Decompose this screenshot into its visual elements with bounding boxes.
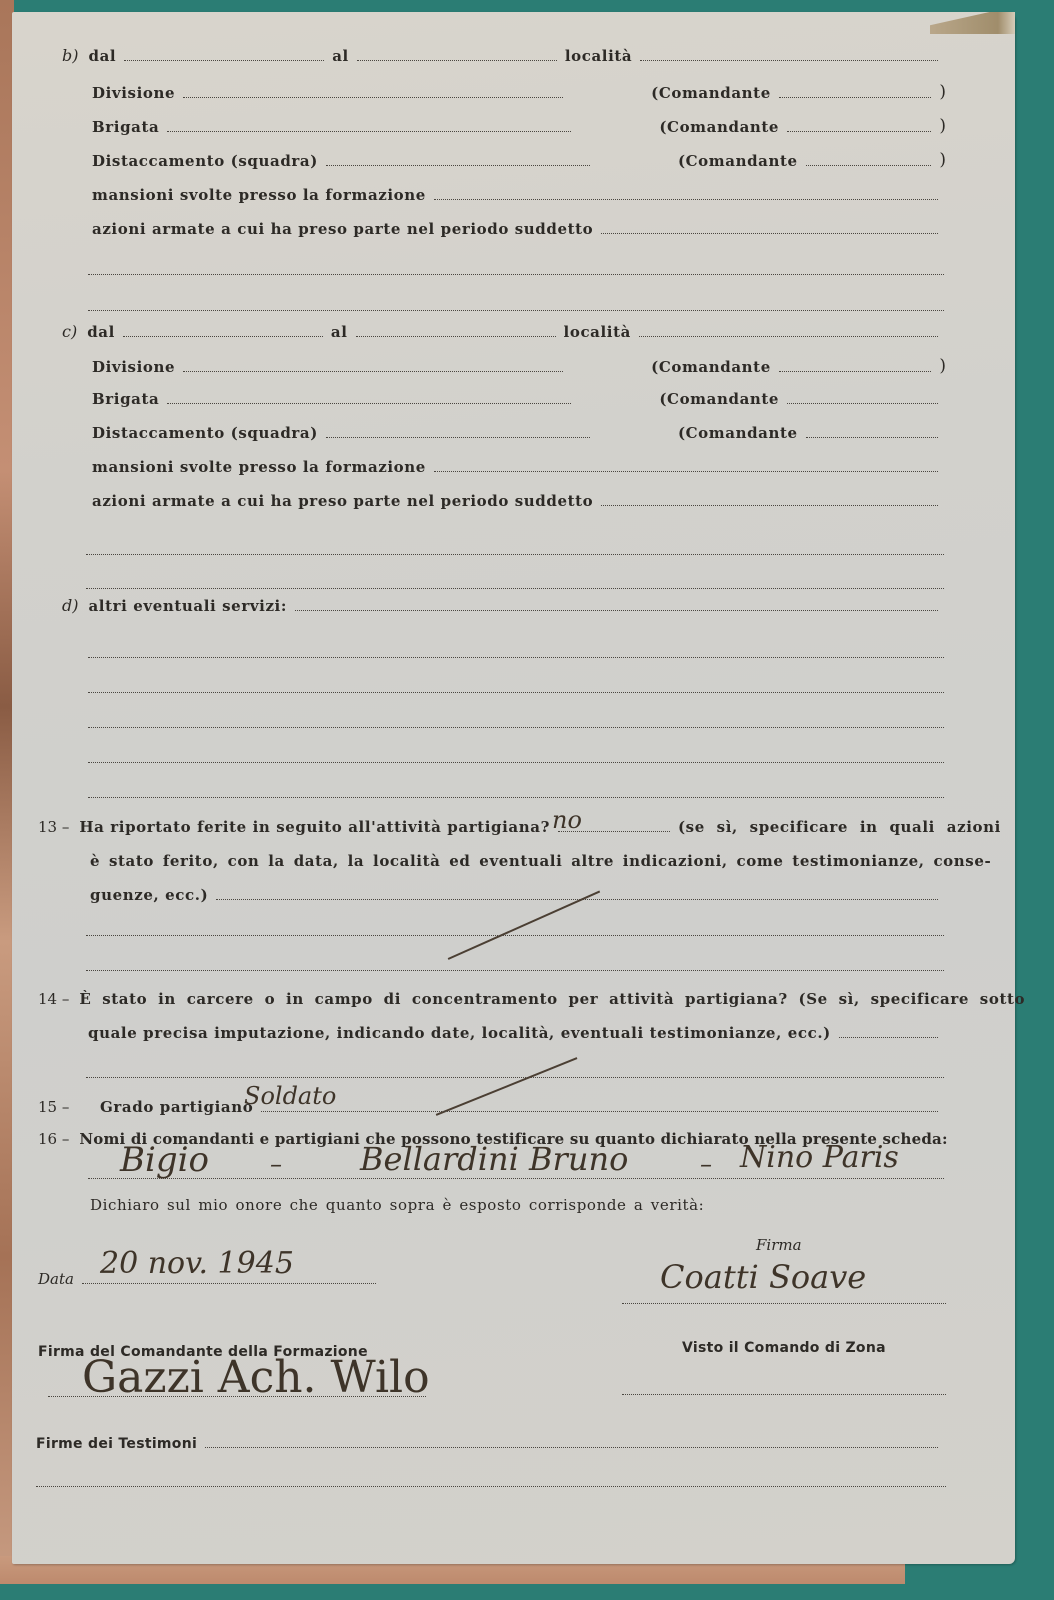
azioni-field[interactable] <box>601 233 938 234</box>
zone-signature-field[interactable] <box>622 1394 946 1395</box>
localita-field[interactable] <box>639 336 938 337</box>
section-c-brigata: Brigata (Comandante <box>92 390 946 408</box>
comandante-field[interactable] <box>806 165 932 166</box>
mansioni-field[interactable] <box>434 471 938 472</box>
section-d-marker: d) <box>62 596 78 615</box>
grado-field[interactable] <box>261 1111 938 1112</box>
comandante-field[interactable] <box>779 97 932 98</box>
q15-answer: Soldato <box>244 1082 336 1110</box>
divisione-field[interactable] <box>183 371 563 372</box>
firma-label: Firma <box>756 1236 802 1254</box>
blank-line[interactable] <box>88 274 944 275</box>
zone-label: Visto il Comando di Zona <box>682 1340 886 1356</box>
blank-line[interactable] <box>36 1486 946 1487</box>
section-b-brigata: Brigata (Comandante ) <box>92 116 946 136</box>
blank-line[interactable] <box>88 692 944 693</box>
distaccamento-field[interactable] <box>326 165 590 166</box>
brigata-field[interactable] <box>167 403 571 404</box>
section-b-marker: b) <box>62 46 78 65</box>
comandante-field[interactable] <box>806 437 938 438</box>
comandante-field[interactable] <box>787 131 931 132</box>
question-13-line3: guenze, ecc.) <box>90 886 946 904</box>
blank-line[interactable] <box>88 310 944 311</box>
date-field[interactable] <box>82 1283 376 1284</box>
section-d-row: d) altri eventuali servizi: <box>62 596 946 615</box>
blank-line[interactable] <box>88 727 944 728</box>
q16-answer-3: Nino Paris <box>740 1140 899 1175</box>
section-c-distaccamento: Distaccamento (squadra) (Comandante <box>92 424 946 442</box>
distaccamento-field[interactable] <box>326 437 590 438</box>
section-c-azioni: azioni armate a cui ha preso parte nel p… <box>92 492 946 510</box>
blank-line[interactable] <box>86 588 944 589</box>
dash-separator: – <box>700 1150 712 1178</box>
brigata-field[interactable] <box>167 131 571 132</box>
blank-line[interactable] <box>86 970 944 971</box>
blank-line[interactable] <box>86 1077 944 1078</box>
mansioni-field[interactable] <box>434 199 938 200</box>
witnesses-field[interactable] <box>205 1447 938 1448</box>
al-field[interactable] <box>357 60 557 61</box>
question-14-line1: 14 – È stato in carcere o in campo di co… <box>38 990 946 1008</box>
blank-line[interactable] <box>88 762 944 763</box>
witnesses-row: Firme dei Testimoni <box>36 1436 946 1452</box>
document-page <box>12 12 1015 1564</box>
section-b-azioni: azioni armate a cui ha preso parte nel p… <box>92 220 946 238</box>
divisione-field[interactable] <box>183 97 563 98</box>
dash-separator: – <box>270 1150 282 1178</box>
signature-value: Coatti Soave <box>660 1258 866 1296</box>
blank-line[interactable] <box>88 657 944 658</box>
question-13-line2: è stato ferito, con la data, la località… <box>90 852 946 870</box>
blank-line[interactable] <box>88 797 944 798</box>
dal-field[interactable] <box>123 336 323 337</box>
commander-signature: Gazzi Ach. Wilo <box>82 1352 430 1403</box>
al-field[interactable] <box>356 336 556 337</box>
q16-answer-2: Bellardini Bruno <box>360 1140 628 1178</box>
altri-servizi-field[interactable] <box>295 610 938 611</box>
signature-field[interactable] <box>622 1303 946 1304</box>
blank-line[interactable] <box>86 935 944 936</box>
section-b-divisione: Divisione (Comandante ) <box>92 82 946 102</box>
question-13-line1: 13 – Ha riportato ferite in seguito all'… <box>38 818 946 836</box>
question-15-row: 15 – Grado partigiano <box>38 1098 946 1116</box>
blank-line[interactable] <box>86 554 944 555</box>
section-b-dates: b) dal al località <box>62 46 946 65</box>
section-b-distaccamento: Distaccamento (squadra) (Comandante ) <box>92 150 946 170</box>
question-14-line2: quale precisa imputazione, indicando dat… <box>88 1024 946 1042</box>
section-c-divisione: Divisione (Comandante ) <box>92 356 946 376</box>
section-c-marker: c) <box>62 322 77 341</box>
q14-details-field[interactable] <box>839 1037 938 1038</box>
section-c-dates: c) dal al località <box>62 322 946 341</box>
section-b-mansioni: mansioni svolte presso la formazione <box>92 186 946 204</box>
section-c-mansioni: mansioni svolte presso la formazione <box>92 458 946 476</box>
dal-field[interactable] <box>124 60 324 61</box>
witness-names-field[interactable] <box>88 1178 944 1179</box>
q16-answer-1: Bigio <box>120 1140 209 1180</box>
q13-answer: no <box>552 806 582 834</box>
localita-field[interactable] <box>640 60 938 61</box>
date-value: 20 nov. 1945 <box>100 1246 294 1281</box>
declaration: Dichiaro sul mio onore che quanto sopra … <box>90 1196 946 1214</box>
comandante-field[interactable] <box>787 403 938 404</box>
azioni-field[interactable] <box>601 505 938 506</box>
comandante-field[interactable] <box>779 371 932 372</box>
